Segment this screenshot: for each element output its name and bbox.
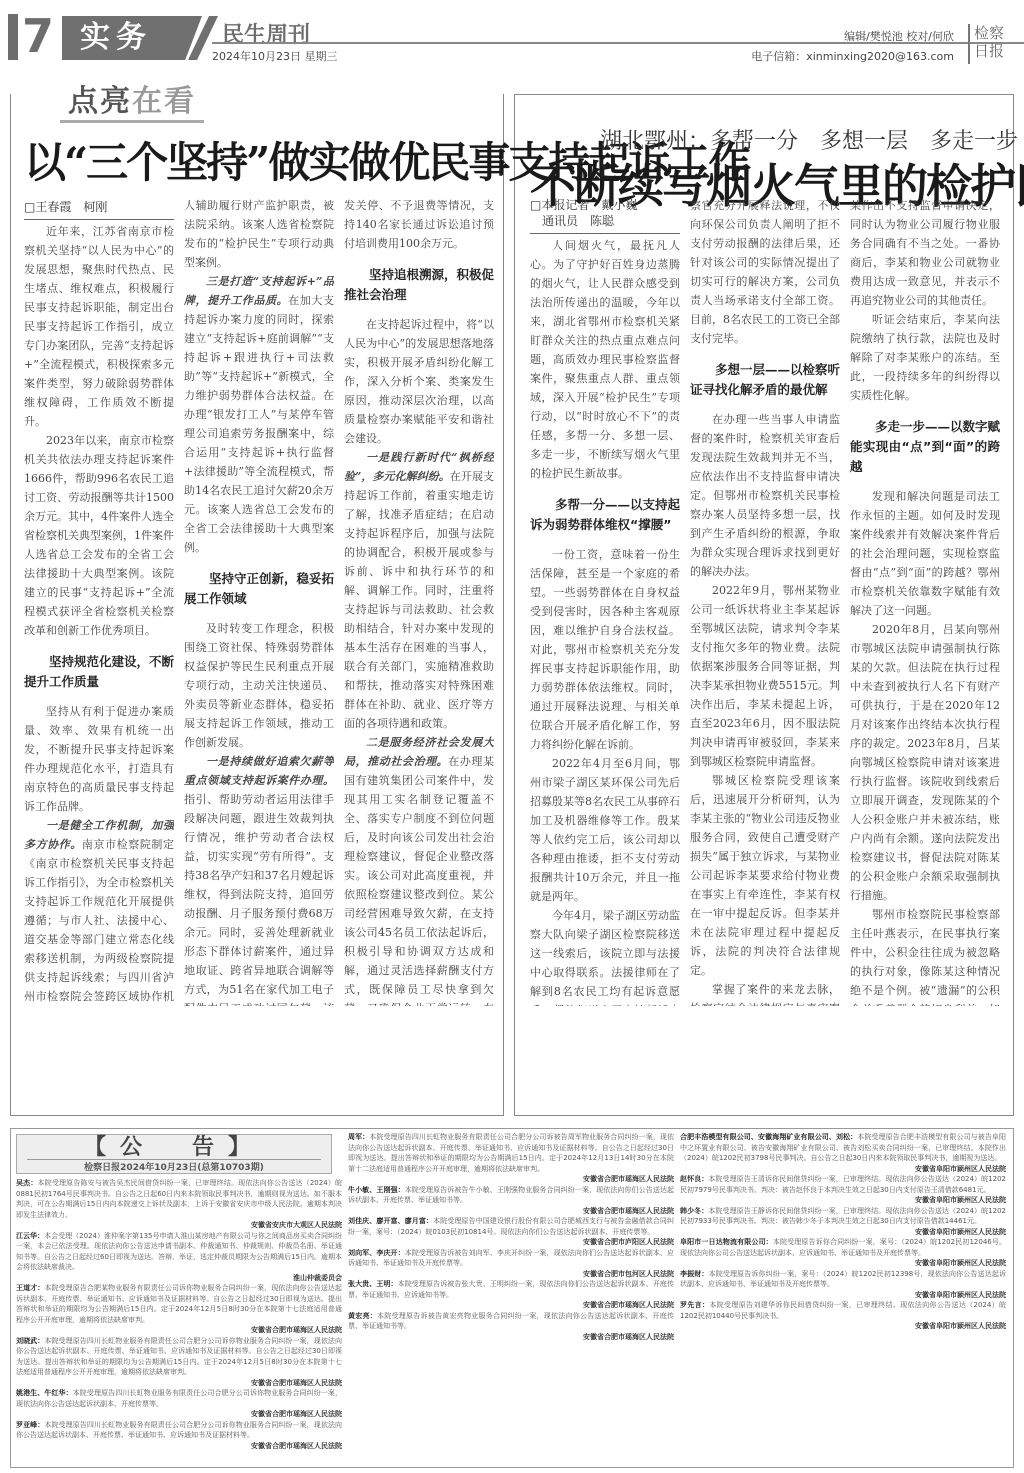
notice-court: 安徽省阜阳市颍州区人民法院	[680, 1164, 1006, 1175]
paragraph: 在支持起诉过程中，将“以人民为中心”的发展思想落地落实，积极开展矛盾纠纷化解工作…	[344, 315, 494, 448]
notice-entry: 罗亚峰：本院受理原告四川长虹物业服务有限责任公司合肥分公司诉你物业服务合同纠纷一…	[16, 1420, 342, 1452]
page-number-bar	[8, 14, 18, 60]
paragraph: 一是践行新时代“枫桥经验”，多元化解纠纷。在开展支持起诉工作前，着重实地走访了解…	[344, 448, 494, 733]
notice-party: 吴杰：	[16, 1179, 38, 1187]
notice-party: 阜阳市一日达物流有限公司：	[680, 1238, 773, 1246]
paragraph: 发关停、不予退费等情况，支持140名家长通过诉讼追讨预付培训费用100余万元。	[344, 196, 494, 253]
notice-entry: 阜阳市一日达物流有限公司：本院受理原告诉你合同纠纷一案，案号：（2024）皖12…	[680, 1237, 1006, 1269]
notice-entry: 罗先言：本院受理原告刘建华诉你民间借贷纠纷一案，已审理终结。现依法向你公告送达（…	[680, 1300, 1006, 1332]
paragraph: 鄂州市检察院民事检察部主任叶燕表示，在民事执行案件中，公积金往往成为被忽略的执行…	[850, 905, 1000, 1006]
notice-column-3: 合肥丰浩模型有限公司、安徽海翔矿业有限公司、刘松：本院受理原告合肥丰浩模型有限公…	[680, 1132, 1006, 1464]
paragraph: 某作出不支持监督申请决定，同时认为物业公司履行物业服务合同确有不当之处。一番协商…	[850, 196, 1000, 310]
notice-column-2: 周军：本院受理原告四川长虹物业服务有限责任公司合肥分公司诉被告周军物业服务合同纠…	[348, 1132, 674, 1464]
notice-party: 刘晓武：	[16, 1337, 44, 1345]
notice-court: 安徽省安庆市大观区人民法院	[16, 1220, 342, 1231]
notice-entry: 刘佳庆、廖开富、廖月富：本院受理原告中国建设银行股份有限公司合肥城西支行与被告金…	[348, 1216, 674, 1248]
paragraph: 2022年9月，鄂州某物业公司一纸诉状将业主李某起诉至鄂城区法院，请求判令李某支…	[690, 581, 840, 771]
notice-court: 安徽省合肥市庐阳区人民法院	[348, 1237, 674, 1248]
notice-court: 安徽省合肥市瑶海区人民法院	[348, 1206, 674, 1217]
notice-court: 安徽省合肥市瑶海区人民法院	[16, 1325, 342, 1336]
notice-party: 黄宏亮：	[348, 1312, 377, 1320]
notice-party: 王道才：	[16, 1284, 44, 1292]
paragraph: 2022年4月至6月间，鄂州市梁子湖区某环保公司先后招募殷某等8名农民工从事碎石…	[530, 754, 680, 906]
paragraph: 鄂城区检察院受理该案后，迅速展开分析研判，认为李某主张的“物业公司违反物业服务合…	[690, 771, 840, 980]
paragraph: 人间烟火气，最抚凡人心。为了守护好百姓身边蒸腾的烟火气，让人民群众感受到法治所传…	[530, 236, 680, 483]
paragraph: 察官充分开展释法说理，不仅向环保公司负责人阐明了拒不支付劳动报酬的法律后果，还针…	[690, 196, 840, 348]
notice-entry: 韩少冬：本院受理原告王静诉你民间借贷纠纷一案，已审理终结。现依法向你公告送达（2…	[680, 1206, 1006, 1238]
paragraph: 坚持从有利于促进办案质量、效率、效果有机统一出发，不断提升民事支持起诉案件办理规…	[24, 702, 174, 816]
notice-entry: 王道才：本院受理原告合肥某物业服务有限责任公司诉你物业服务合同纠纷一案，现依法向…	[16, 1283, 342, 1336]
paragraph: 一是健全工作机制，加强多方协作。南京市检察院制定《南京市检察机关民事支持起诉工作…	[24, 816, 174, 1006]
notice-party: 赵怀良：	[680, 1175, 708, 1183]
editor-credit: 编辑/樊悦池 校对/何欣	[844, 28, 954, 44]
kicker-dark: 点亮	[68, 84, 132, 119]
section-label: 实务	[62, 16, 202, 60]
issue-date: 2024年10月23日 星期三	[212, 48, 338, 64]
notice-party: 张大贵、王明：	[348, 1280, 398, 1288]
article-1-byline: □王春霞 柯刚	[24, 198, 174, 220]
notice-header: 【公 告】 检察日报2024年10月23日(总第10703期)	[16, 1134, 332, 1174]
lead-phrase: 二是服务经济社会发展大局，推动社会治理。	[344, 736, 494, 768]
notice-entry: 牛小敏、王刚强：本院受理原告诉被告牛小敏、王刚强物业服务合同纠纷一案，现依法向你…	[348, 1185, 674, 1217]
notice-entry: 周军：本院受理原告四川长虹物业服务有限责任公司合肥分公司诉被告周军物业服务合同纠…	[348, 1132, 674, 1185]
contact-email: 电子信箱：xinminxing2020@163.com	[751, 48, 954, 64]
notice-court: 安徽省合肥市瑶海区人民法院	[16, 1378, 342, 1389]
notice-court: 安徽省合肥市瑶海区人民法院	[348, 1174, 674, 1185]
notice-court: 安徽省阜阳市颍州区人民法院	[680, 1321, 1006, 1332]
paragraph: 一份工资，意味着一份生活保障，甚至是一个家庭的希望。一些弱势群体在自身权益受到侵…	[530, 545, 680, 754]
notice-party: 刘佳庆、廖开富、廖月富：	[348, 1217, 433, 1225]
paragraph: 二是服务经济社会发展大局，推动社会治理。在办理某国有建筑集团公司案件中，发现其用…	[344, 733, 494, 1006]
notice-column-1: 吴杰：本院受理原告陈安与被告吴杰民间借贷纠纷一案，已审理终结。现依法向你公告送达…	[16, 1178, 342, 1464]
notice-court: 安徽省合肥市包河区人民法院	[348, 1269, 674, 1280]
notice-court: 安徽省阜阳市颍州区人民法院	[680, 1227, 1006, 1238]
paragraph: 发现和解决问题是司法工作永恒的主题。如何及时发现案件线索并有效解决案件背后的社会…	[850, 487, 1000, 620]
notice-entry: 黄宏亮：本院受理原告诉被告黄宏亮物业服务合同纠纷一案，现依法向你公告送达起诉状副…	[348, 1311, 674, 1343]
notice-entry: 合肥丰浩模型有限公司、安徽海翔矿业有限公司、刘松：本院受理原告合肥丰浩模型有限公…	[680, 1132, 1006, 1174]
notice-entry: 李振财：本院受理原告诉你纠纷一案，案号：（2024）皖1202民初12398号，…	[680, 1269, 1006, 1301]
notice-entry: 刘晓武：本院受理原告四川长虹物业服务有限责任公司合肥分公司诉你物业服务合同纠纷一…	[16, 1336, 342, 1389]
article-1-column-1: 近年来，江苏省南京市检察机关坚持“以人民为中心”的发展思想，聚焦时代热点、民生堵…	[24, 222, 174, 1006]
supplement-title: 民生周刊	[222, 18, 310, 49]
notice-entry: 张大贵、王明：本院受理原告诉被告张大贵、王明纠纷一案，现依法向你们公告送达起诉状…	[348, 1279, 674, 1311]
notice-court: 安徽省阜阳市颍州区人民法院	[680, 1195, 1006, 1206]
paragraph: 2023年以来，南京市检察机关共依法办理支持起诉案件1666件，帮助996名农民…	[24, 431, 174, 640]
paragraph: 在办理一些当事人申请监督的案件时，检察机关审查后发现法院生效裁判并无不当，应依法…	[690, 410, 840, 581]
notice-entry: 江云华：本会受理（2024）淮仲案字第135号申请人淮山某房地产有限公司与你之间…	[16, 1231, 342, 1284]
article-2-column-1: 人间烟火气，最抚凡人心。为了守护好百姓身边蒸腾的烟火气，让人民群众感受到法治所传…	[530, 236, 680, 1006]
column-kicker: 点亮在看	[60, 76, 204, 123]
kicker-light: 在看	[132, 84, 196, 119]
notice-entry: 姚港生、牛红华：本院受理原告四川长虹物业服务有限责任公司合肥分公司诉你物业服务合…	[16, 1388, 342, 1420]
notice-entry: 赵怀良：本院受理原告王清诉你民间借贷纠纷一案，已审理终结。现依法向你公告送达（2…	[680, 1174, 1006, 1206]
notice-party: 周军：	[348, 1133, 369, 1141]
masthead: 7 实务 民生周刊 2024年10月23日 星期三 编辑/樊悦池 校对/何欣 电…	[0, 0, 1024, 66]
notice-court: 安徽省合肥市瑶海区人民法院	[348, 1300, 674, 1311]
notice-court: 安徽省合肥市瑶海区人民法院	[348, 1332, 674, 1343]
notice-party: 刘向军、李庆开：	[348, 1249, 405, 1257]
section-heading: 坚持规范化建设，不断提升工作质量	[24, 652, 174, 692]
notice-party: 李振财：	[680, 1270, 709, 1278]
notice-party: 合肥丰浩模型有限公司、安徽海翔矿业有限公司、刘松：	[680, 1133, 857, 1141]
lead-phrase: 一是践行新时代“枫桥经验”，多元化解纠纷。	[344, 451, 494, 483]
notice-entry: 刘向军、李庆开：本院受理原告诉被告刘向军、李庆开纠纷一案，现依法向你们公告送达起…	[348, 1248, 674, 1280]
lead-phrase: 一是持续做好追索欠薪等重点领域支持起诉案件办理。	[184, 755, 334, 787]
notice-party: 牛小敏、王刚强：	[348, 1186, 405, 1194]
page-number: 7	[22, 10, 54, 62]
lead-phrase: 三是打造“支持起诉+”品牌，提升工作品质。	[184, 275, 334, 307]
section-heading: 多想一层——以检察听证寻找化解矛盾的最优解	[690, 360, 840, 400]
notice-party: 罗先言：	[680, 1301, 709, 1309]
article-2-column-2: 察官充分开展释法说理，不仅向环保公司负责人阐明了拒不支付劳动报酬的法律后果，还针…	[690, 196, 840, 1006]
notice-court: 淮山仲裁委员会	[16, 1273, 342, 1284]
section-heading: 多帮一分——以支持起诉为弱势群体维权“撑腰”	[530, 495, 680, 535]
paragraph: 一是持续做好追索欠薪等重点领域支持起诉案件办理。指引、帮助劳动者运用法律手段解决…	[184, 752, 334, 1006]
notice-court: 安徽省合肥市瑶海区人民法院	[16, 1441, 342, 1452]
article-2-byline-correspondent: 通讯员 陈聪	[530, 212, 680, 234]
notice-party: 韩少冬：	[680, 1207, 708, 1215]
newspaper-logo-icon: 检察日报	[968, 24, 1008, 64]
paragraph: 听证会结束后，李某向法院缴纳了执行款，法院也及时解除了对李某账户的冻结。至此，一…	[850, 310, 1000, 405]
section-heading: 坚持守正创新，稳妥拓展工作领域	[184, 569, 334, 609]
notice-title: 【公 告】	[17, 1135, 331, 1159]
notice-party: 罗亚峰：	[16, 1421, 44, 1429]
section-heading: 多走一步——以数字赋能实现由“点”到“面”的跨越	[850, 417, 1000, 477]
paragraph: 2020年8月，吕某向鄂州市鄂城区法院申请强制执行陈某的欠款。但法院在执行过程中…	[850, 620, 1000, 905]
lead-phrase: 一是健全工作机制，加强多方协作。	[24, 819, 174, 851]
notice-court: 安徽省阜阳市颍州区人民法院	[680, 1290, 1006, 1301]
paragraph: 及时转变工作理念，积极围绕工资社保、特殊弱势群体权益保护等民生民利重点开展专项行…	[184, 619, 334, 752]
article-2-column-3: 某作出不支持监督申请决定，同时认为物业公司履行物业服务合同确有不当之处。一番协商…	[850, 196, 1000, 1006]
notice-entry: 吴杰：本院受理原告陈安与被告吴杰民间借贷纠纷一案，已审理终结。现依法向你公告送达…	[16, 1178, 342, 1231]
notice-party: 江云华：	[16, 1232, 44, 1240]
paragraph: 三是打造“支持起诉+”品牌，提升工作品质。在加大支持起诉办案力度的同时，探索建立…	[184, 272, 334, 557]
notice-issue: 检察日报2024年10月23日(总第10703期)	[27, 1159, 321, 1173]
paragraph: 掌握了案件的来龙去脉，检察官结合法律规定与真实案例向李某进行了充分的释法说理，李…	[690, 980, 840, 1006]
notice-court: 安徽省合肥市瑶海区人民法院	[16, 1409, 342, 1420]
article-1-column-3: 发关停、不予退费等情况，支持140名家长通过诉讼追讨预付培训费用100余万元。坚…	[344, 196, 494, 1006]
article-1-column-2: 人辅助履行财产监护职责，被法院采纳。该案人选省检察院发布的“检护民生”专项行动典…	[184, 196, 334, 1006]
paragraph: 近年来，江苏省南京市检察机关坚持“以人民为中心”的发展思想，聚焦时代热点、民生堵…	[24, 222, 174, 431]
section-heading: 坚持追根溯源，积极促推社会治理	[344, 265, 494, 305]
notice-court: 安徽省阜阳市颍州区人民法院	[680, 1258, 1006, 1269]
paragraph: 人辅助履行财产监护职责，被法院采纳。该案人选省检察院发布的“检护民生”专项行动典…	[184, 196, 334, 272]
notice-party: 姚港生、牛红华：	[16, 1389, 73, 1397]
paragraph: 今年4月，梁子湖区劳动监察大队向梁子湖区检察院移送这一线索后，该院立即与法援中心…	[530, 906, 680, 1006]
